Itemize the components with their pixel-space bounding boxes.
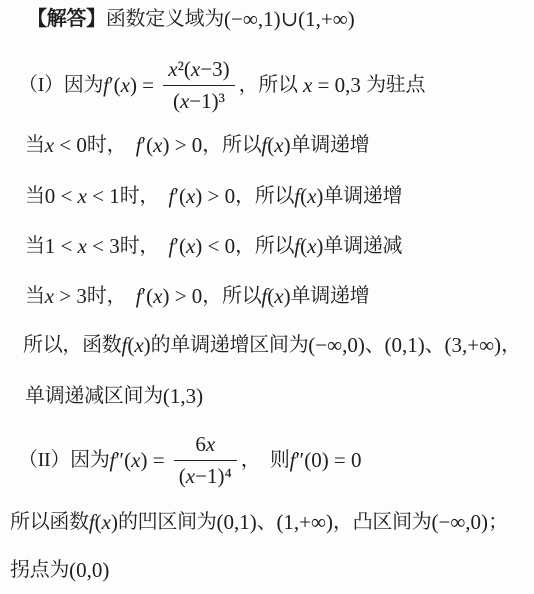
math-run: (1,3) (163, 382, 203, 410)
cjk-text: ； (488, 508, 508, 536)
cjk-text: 时， (87, 131, 136, 159)
math-run: f′(x) > 0 (136, 282, 203, 310)
cjk-text: ， (501, 331, 521, 359)
math-run: (1,+∞) (276, 508, 333, 536)
line-definition-domain: 【解答】函数定义域为(−∞,1)∪(1,+∞) (27, 5, 355, 33)
line-case-x-gt-3: 当x > 3时， f′(x) > 0，所以f(x)单调递增 (25, 282, 369, 310)
answer-label: 【解答】 (27, 5, 106, 33)
cjk-text: 当 (25, 232, 45, 260)
cjk-text: 时， (87, 282, 136, 310)
math-run: (x−1)³ (163, 86, 234, 114)
line-concavity-intervals: 所以函数f(x)的凹区间为(0,1)、(1,+∞)，凸区间为(−∞,0)； (10, 508, 508, 536)
cjk-text: 为驻点 (366, 71, 425, 99)
cjk-text: 函数定义域为 (106, 5, 224, 33)
math-run: f′(x) > 0 (136, 131, 203, 159)
cjk-text: 单调递减区间为 (25, 382, 163, 410)
math-run: (−∞,0) (432, 508, 489, 536)
cjk-text: ，所以 (235, 182, 294, 210)
math-run: f(x) (89, 508, 118, 536)
line-case-0-lt-x-lt-1: 当0 < x < 1时， f′(x) > 0，所以f(x)单调递增 (25, 182, 402, 210)
cjk-text: 单调递增 (291, 282, 370, 310)
line-part2-second-derivative: （II）因为f″(x) = 6x(x−1)⁴， 则f″(0) = 0 (18, 431, 362, 489)
cjk-text: 单调递减 (323, 232, 402, 260)
line-case-x-lt-0: 当x < 0时， f′(x) > 0，所以f(x)单调递增 (25, 131, 369, 159)
math-run: x = 0,3 (298, 71, 366, 99)
line-case-1-lt-x-lt-3: 当1 < x < 3时， f′(x) < 0，所以f(x)单调递减 (25, 232, 402, 260)
math-run: f′(x) < 0 (169, 232, 236, 260)
math-run: f(x) (261, 282, 290, 310)
math-run: (0,0) (69, 556, 109, 584)
cjk-text: 所以函数 (10, 508, 89, 536)
math-run: (−∞,1)∪(1,+∞) (224, 5, 355, 33)
line-inflection-point: 拐点为(0,0) (10, 556, 109, 584)
cjk-text: ，所以 (235, 232, 294, 260)
math-run: (0,1) (216, 508, 256, 536)
cjk-text: 拐点为 (10, 556, 69, 584)
math-run: f′(x) = (103, 71, 159, 99)
cjk-text: （I）因为 (18, 71, 103, 99)
line-increasing-intervals: 所以，函数f(x)的单调递增区间为(−∞,0)、(0,1)、(3,+∞)， (23, 331, 521, 359)
math-run: (3,+∞) (445, 331, 502, 359)
cjk-text: （II）因为 (18, 446, 110, 474)
cjk-text: 时， (120, 232, 169, 260)
cjk-text: 当 (25, 282, 45, 310)
line-decreasing-interval: 单调递减区间为(1,3) (25, 382, 203, 410)
cjk-text: ，所以 (202, 282, 261, 310)
cjk-text: ，凸区间为 (333, 508, 432, 536)
cjk-text: 单调递增 (291, 131, 370, 159)
math-run: f(x) (294, 232, 323, 260)
math-run: f(x) (261, 131, 290, 159)
cjk-text: ，所以 (202, 131, 261, 159)
math-run: 6x (174, 431, 237, 460)
math-run: (−∞,0) (308, 331, 365, 359)
cjk-text: 单调递增 (323, 182, 402, 210)
cjk-text: 、 (365, 331, 385, 359)
math-run: x > 3 (45, 282, 87, 310)
cjk-text: 、 (425, 331, 445, 359)
cjk-text: 的凹区间为 (118, 508, 217, 536)
cjk-text: ，所以 (239, 71, 298, 99)
math-run: x²(x−3) (163, 56, 234, 85)
cjk-text: 、 (257, 508, 277, 536)
math-run: f(x) (122, 331, 151, 359)
cjk-text: 所以，函数 (23, 331, 122, 359)
line-part1-derivative: （I）因为f′(x) = x²(x−3)(x−1)³，所以 x = 0,3 为驻… (18, 56, 425, 114)
math-run: (x−1)⁴ (174, 461, 237, 489)
math-run: f′(x) > 0 (169, 182, 236, 210)
math-fraction: 6x(x−1)⁴ (174, 431, 237, 489)
math-run: 0 < x < 1 (45, 182, 120, 210)
math-run: x < 0 (45, 131, 87, 159)
cjk-text: 当 (25, 182, 45, 210)
cjk-text: 的单调递增区间为 (151, 331, 309, 359)
math-run: f″(0) = 0 (290, 446, 362, 474)
cjk-text: 当 (25, 131, 45, 159)
solution-document: 【解答】函数定义域为(−∞,1)∪(1,+∞)（I）因为f′(x) = x²(x… (0, 0, 534, 594)
cjk-text: 时， (120, 182, 169, 210)
math-run: (0,1) (385, 331, 425, 359)
math-run: f(x) (294, 182, 323, 210)
math-run: f″(x) = (110, 446, 170, 474)
math-run: 1 < x < 3 (45, 232, 120, 260)
math-fraction: x²(x−3)(x−1)³ (163, 56, 234, 114)
cjk-text: ， 则 (241, 446, 290, 474)
